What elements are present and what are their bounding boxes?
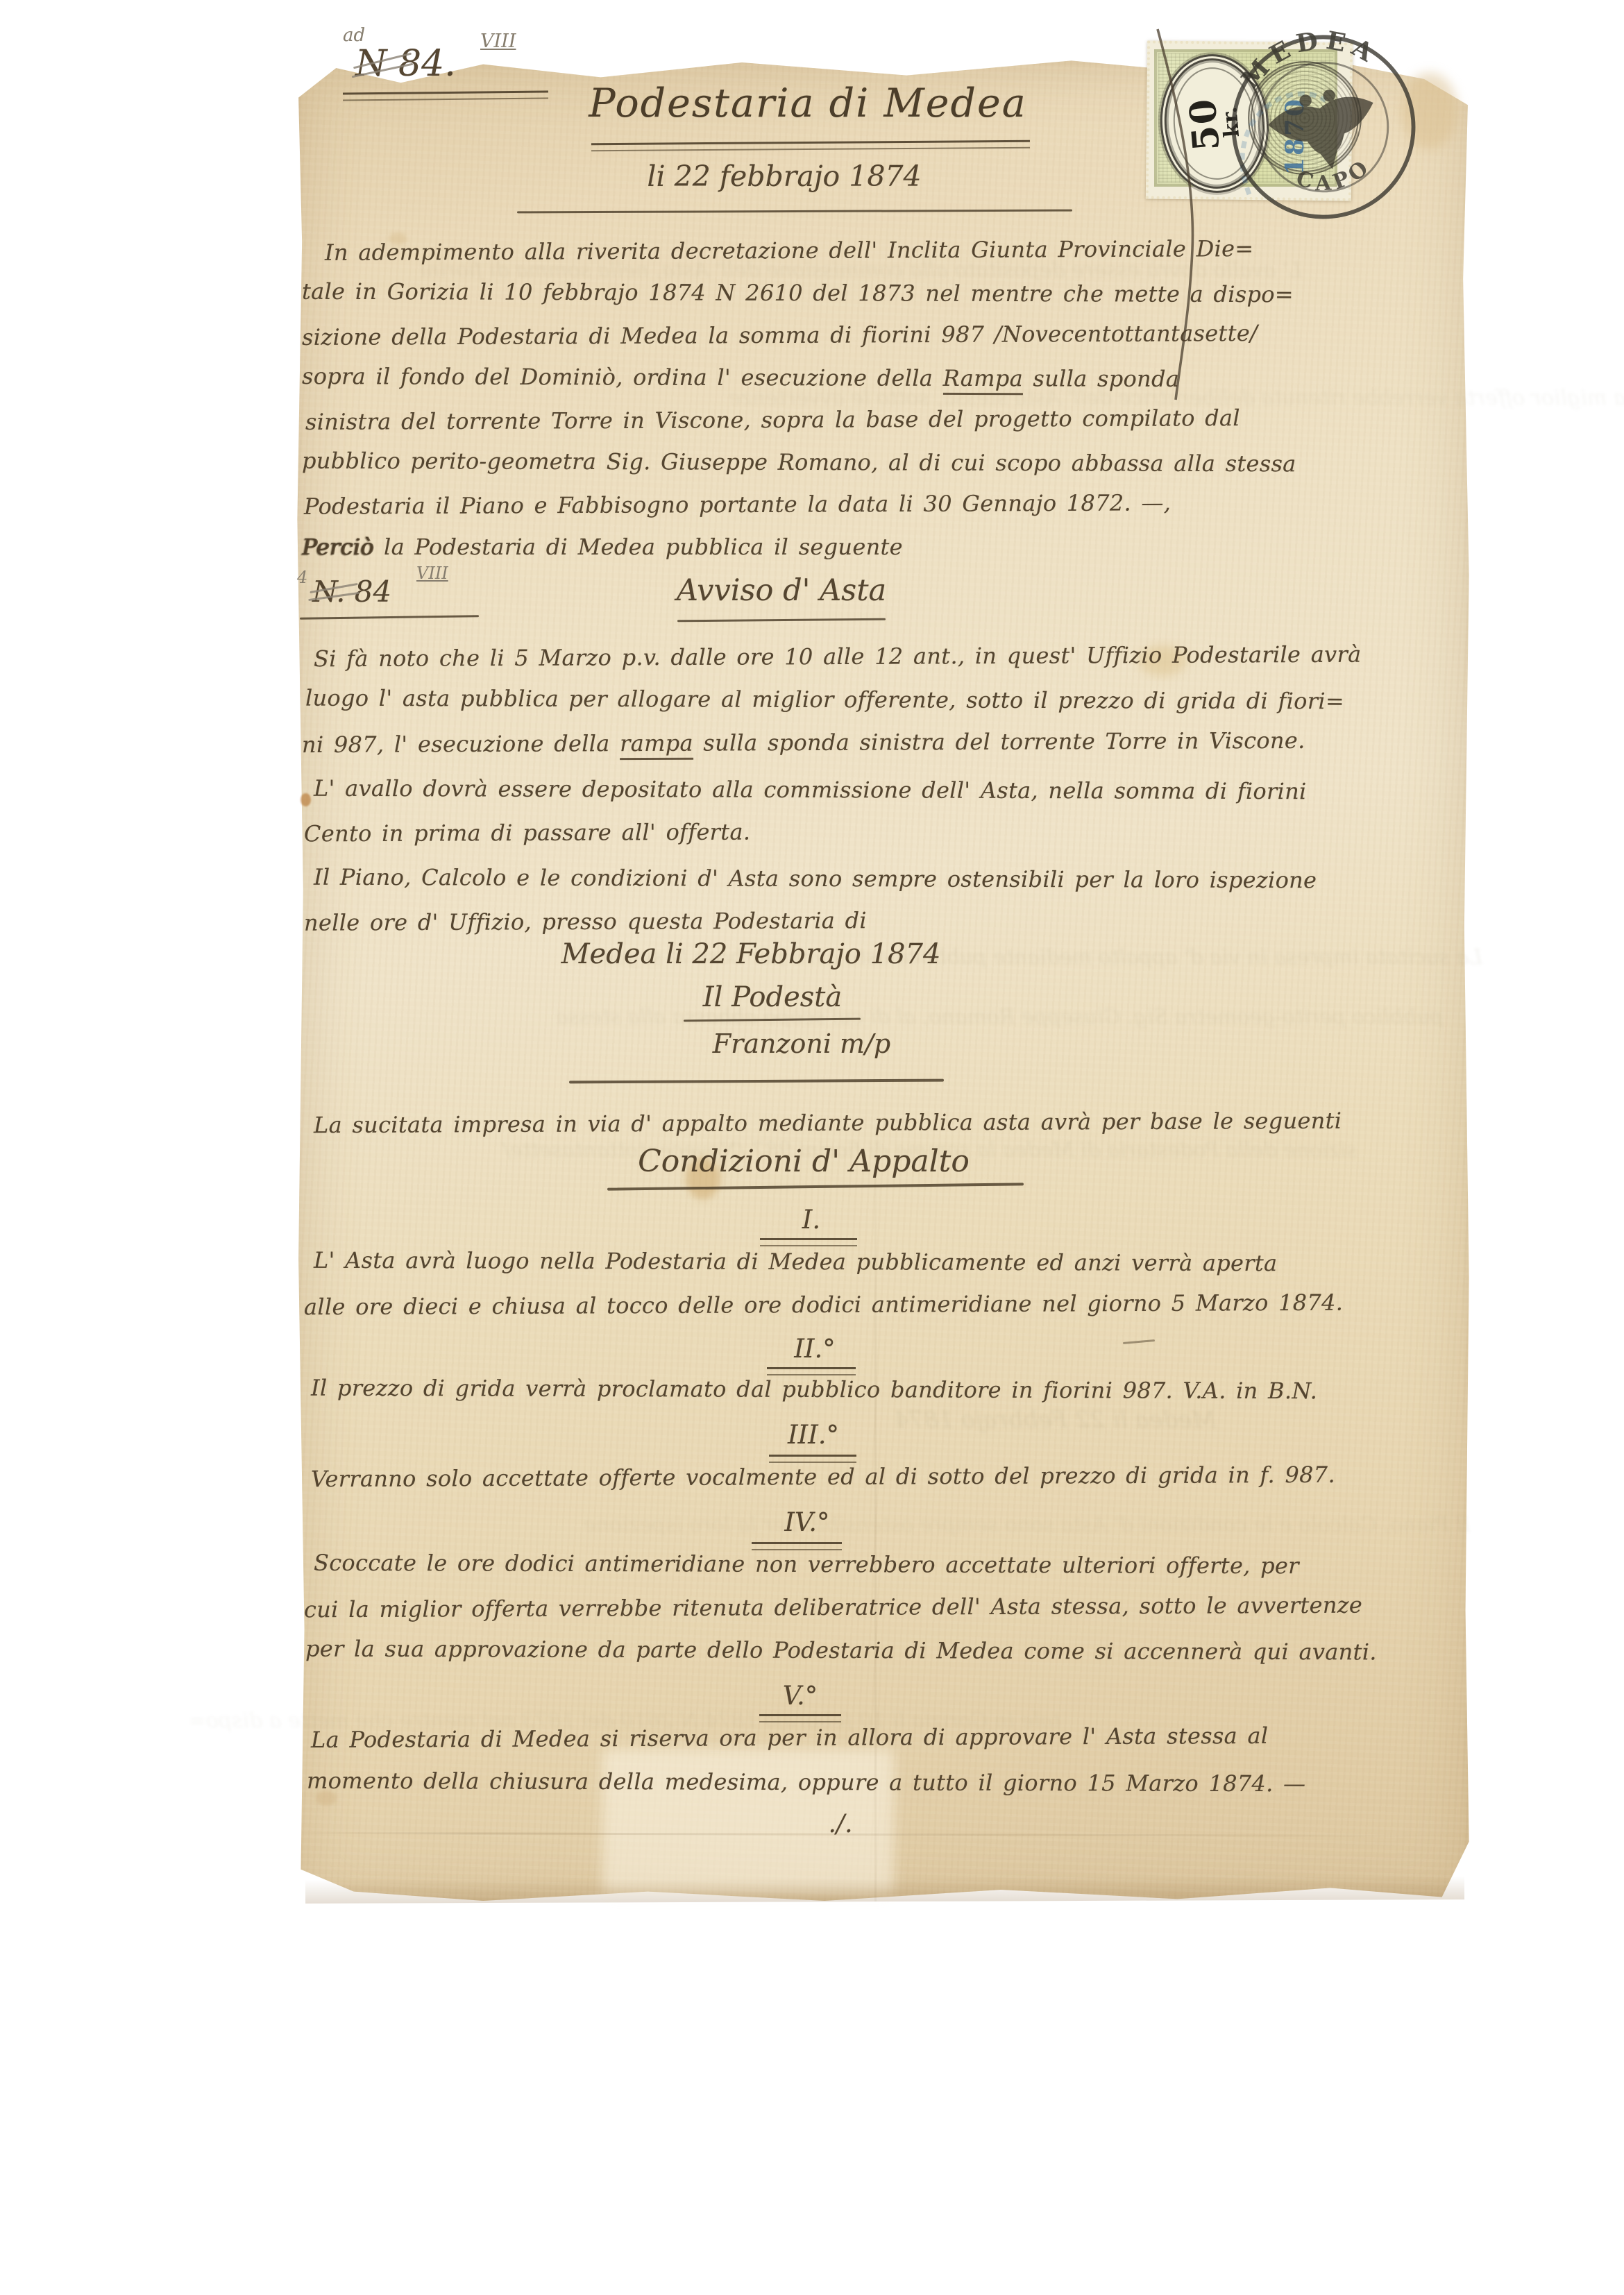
condition-line: Verranno solo accettate offerte vocalmen… — [311, 1464, 1335, 1490]
avviso-ref-suffix: VIII — [416, 564, 448, 583]
header-ref-suffix: VIII — [480, 31, 516, 52]
opening-line: pubblico perito-geometra Sig. Giuseppe R… — [302, 450, 1296, 475]
postmark-top-text: MEDEA — [1229, 12, 1388, 98]
conditions-intro: La sucitata impresa in via d' appalto me… — [314, 1110, 1342, 1136]
condition-line: per la sua approvazione da parte dello P… — [305, 1638, 1377, 1663]
opening-line-segment: sopra il fondo del Dominiò, ordina l' es… — [302, 363, 943, 391]
signature-name: Franzoni m/p — [713, 1028, 890, 1059]
opening-line: sopra il fondo del Dominiò, ordina l' es… — [302, 365, 1179, 390]
signature-role: Il Podestà — [703, 981, 842, 1013]
postmark-circle: MEDEA CAPO — [1204, 8, 1443, 246]
condition-number: IV.° — [784, 1507, 829, 1537]
document-scan: L' avallo dovrà essere depositato alla c… — [0, 0, 1624, 2295]
header-date-line: li 22 febbrajo 1874 — [647, 160, 921, 193]
avviso-line: Cento in prima di passare all' offerta. — [304, 821, 750, 845]
avviso-line: Il Piano, Calcolo e le condizioni d' Ast… — [314, 866, 1317, 892]
condition-line: momento della chiusura della medesima, o… — [307, 1770, 1305, 1795]
opening-line: Podestaria il Piano e Fabbisogno portant… — [304, 491, 1171, 517]
avviso-line-segment: sulla sponda sinistra del torrente Torre… — [693, 727, 1305, 756]
underlined-word: rampa — [620, 730, 693, 760]
underlined-word: Rampa — [943, 365, 1023, 395]
conditions-heading: Condizioni d' Appalto — [638, 1144, 970, 1179]
svg-text:MEDEA: MEDEA — [1229, 12, 1388, 98]
condition-number: III.° — [788, 1420, 839, 1450]
condition-number: II.° — [794, 1334, 836, 1364]
avviso-line-segment: ni 987, l' esecuzione della — [302, 730, 620, 758]
condition-underline — [769, 1455, 856, 1463]
condition-underline — [759, 1714, 841, 1722]
condition-line: cui la miglior offerta verrebbe ritenuta… — [304, 1594, 1362, 1621]
condition-line: alle ore dieci e chiusa al tocco delle o… — [304, 1292, 1343, 1319]
opening-line: sizione della Podestaria di Medea la som… — [302, 322, 1258, 348]
signature-place-date: Medea li 22 Febbrajo 1874 — [561, 938, 941, 970]
condition-underline — [767, 1367, 856, 1375]
end-mark: ./. — [828, 1810, 852, 1838]
avviso-line: L' avallo dovrà essere depositato alla c… — [314, 777, 1307, 802]
condition-line: La Podestaria di Medea si riserva ora pe… — [311, 1725, 1269, 1751]
condition-number: I. — [802, 1205, 820, 1235]
condition-line: Scoccate le ore dodici antimeridiane non… — [314, 1552, 1299, 1577]
condition-underline — [752, 1542, 842, 1550]
opening-line-segment: sulla sponda — [1023, 365, 1179, 392]
overwritten-word: Perciò — [302, 534, 374, 560]
opening-line: Perciò la Podestaria di Medea pubblica i… — [302, 536, 903, 558]
condition-line: Il prezzo di grida verrà proclamato dal … — [311, 1377, 1317, 1403]
condition-line: L' Asta avrà luogo nella Podestaria di M… — [314, 1249, 1278, 1274]
avviso-line: Si fà noto che li 5 Marzo p.v. dalle ore… — [314, 643, 1362, 670]
avviso-heading: Avviso d' Asta — [677, 573, 886, 608]
condition-underline — [760, 1238, 857, 1246]
condition-number: V.° — [783, 1681, 818, 1711]
opening-line-segment: la Podestaria di Medea pubblica il segue… — [374, 534, 903, 560]
opening-line: tale in Gorizia li 10 febbrajo 1874 N 26… — [302, 280, 1294, 305]
page-title: Podestaria di Medea — [589, 81, 1026, 126]
avviso-line: nelle ore d' Uffizio, presso questa Pode… — [304, 909, 867, 934]
opening-line: sinistra del torrente Torre in Viscone, … — [305, 407, 1240, 433]
opening-line: In adempimento alla riverita decretazion… — [325, 237, 1254, 264]
avviso-ref-number: N. 84 — [312, 575, 391, 609]
avviso-line: ni 987, l' esecuzione della rampa sulla … — [302, 729, 1305, 756]
avviso-line: luogo l' asta pubblica per allogare al m… — [305, 687, 1344, 713]
pencil-note: 4 — [297, 568, 307, 587]
